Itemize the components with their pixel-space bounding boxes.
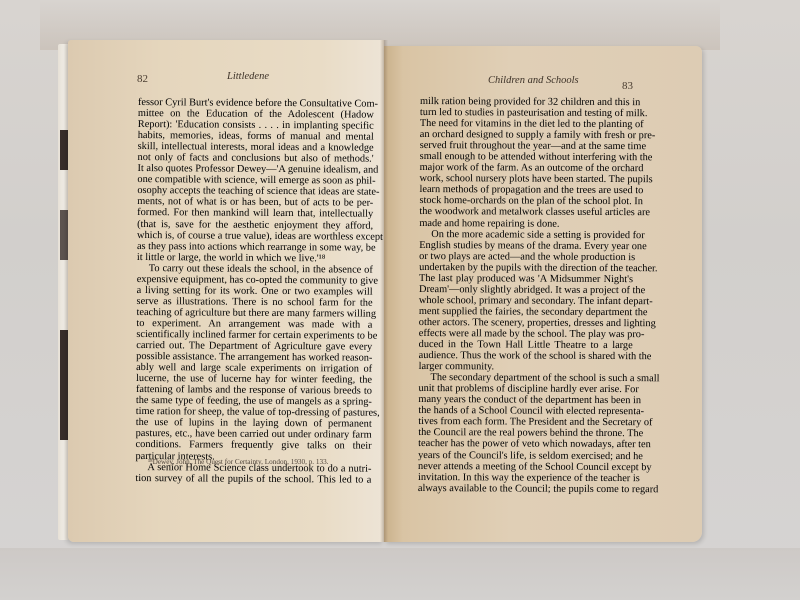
text-line: invitation. In this way the experience o…: [418, 472, 632, 484]
text-line: made and home repairing is done.: [419, 218, 633, 230]
book-gutter: [380, 40, 388, 542]
text-line: always available to the Council; the pup…: [418, 483, 632, 495]
text-line: tion survey of all the pupils of the sch…: [135, 473, 371, 486]
left-running-head: Littledene: [227, 71, 269, 82]
right-running-head: Children and Schools: [488, 75, 579, 86]
text-line: The last play produced was 'A Midsummer …: [419, 273, 633, 285]
text-line: teacher has the power of veto which nowa…: [418, 438, 632, 450]
text-line: never attends a meeting of the School Co…: [418, 461, 632, 473]
text-line: English studies by means of the drama. E…: [419, 240, 633, 252]
cover-print-mark: [60, 130, 68, 170]
text-line: On the more academic side a setting is p…: [419, 229, 633, 241]
left-page-body: fessor Cyril Burt's evidence before the …: [135, 97, 374, 485]
text-line: years of the Council's life, is seldom e…: [418, 449, 632, 461]
text-line: undertaken by the pupils with the direct…: [419, 262, 633, 274]
left-page-number: 82: [137, 73, 148, 85]
cover-print-mark: [60, 330, 68, 440]
right-page-body: milk ration being provided for 32 childr…: [418, 96, 634, 495]
cover-print-mark: [60, 210, 68, 260]
table-surface: [0, 548, 800, 600]
right-page-number: 83: [622, 80, 633, 92]
text-line: Dream'—only slightly abridged. It was a …: [419, 284, 633, 296]
text-line: or two plays are acted—and the whole pro…: [419, 251, 633, 263]
text-line: the woodwork and metalwork classes usefu…: [419, 206, 633, 218]
footnote: ¹⁸Dewey, John, The Quest for Certainty, …: [148, 458, 328, 466]
